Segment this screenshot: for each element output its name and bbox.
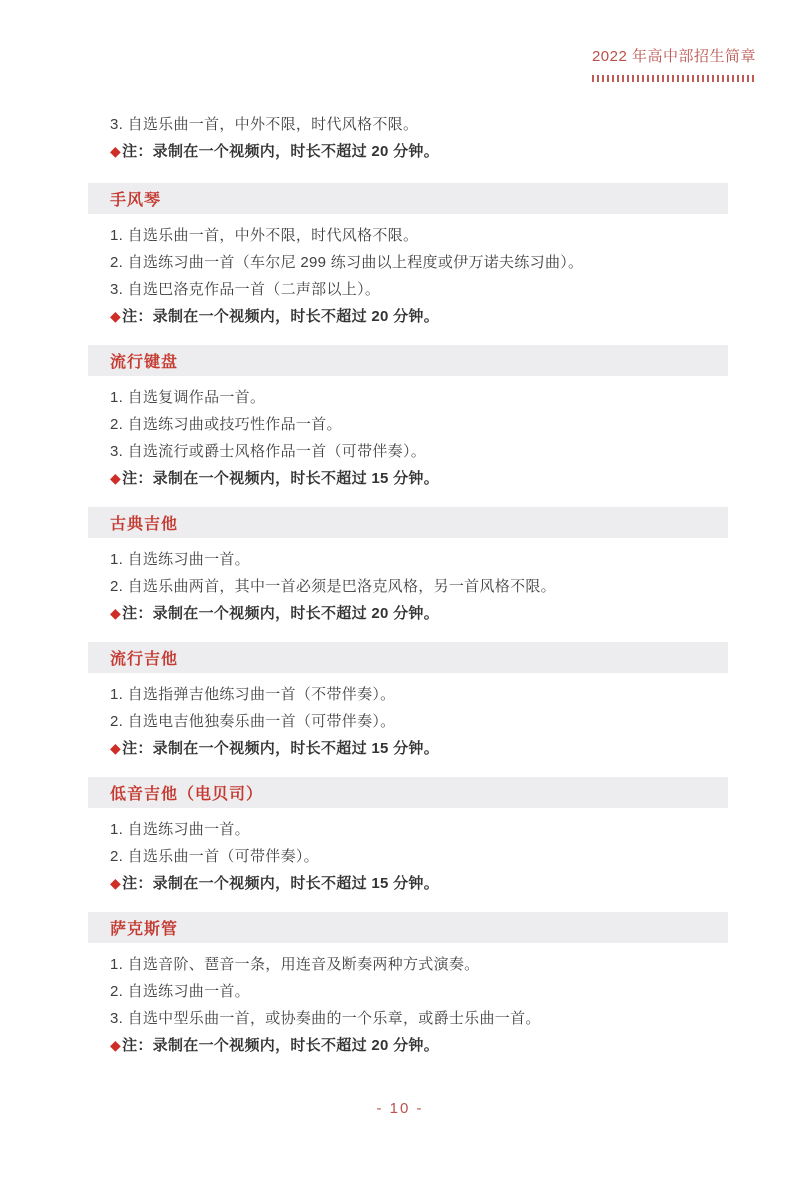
list-item: 3. 自选巴洛克作品一首（二声部以上）。 [88,276,728,303]
diamond-bullet-icon: ◆ [110,1037,121,1053]
document-header: 2022 年高中部招生简章 [592,45,756,82]
list-item: 1. 自选指弹吉他练习曲一首（不带伴奏）。 [88,681,728,708]
section-header-bar: 流行吉他 [88,642,728,673]
section-title: 古典吉他 [110,511,178,534]
note-text: 注：录制在一个视频内，时长不超过 20 分钟。 [122,605,439,622]
list-item: 3. 自选流行或爵士风格作品一首（可带伴奏）。 [88,438,728,465]
section-continuation: 3. 自选乐曲一首，中外不限，时代风格不限。 ◆注：录制在一个视频内，时长不超过… [88,111,728,165]
section-saxophone: 萨克斯管 1. 自选音阶、琶音一条，用连音及断奏两种方式演奏。 2. 自选练习曲… [88,912,728,1059]
note-line: ◆注：录制在一个视频内，时长不超过 15 分钟。 [88,735,728,762]
section-title: 萨克斯管 [110,916,178,939]
note-text: 注：录制在一个视频内，时长不超过 15 分钟。 [122,470,439,487]
list-item: 1. 自选乐曲一首，中外不限，时代风格不限。 [88,222,728,249]
section-header-bar: 萨克斯管 [88,912,728,943]
note-line: ◆注：录制在一个视频内，时长不超过 15 分钟。 [88,870,728,897]
section-classical-guitar: 古典吉他 1. 自选练习曲一首。 2. 自选乐曲两首，其中一首必须是巴洛克风格，… [88,507,728,627]
note-line: ◆注：录制在一个视频内，时长不超过 20 分钟。 [88,1032,728,1059]
section-title: 流行键盘 [110,349,178,372]
diamond-bullet-icon: ◆ [110,740,121,756]
note-text: 注：录制在一个视频内，时长不超过 15 分钟。 [122,875,439,892]
list-item: 3. 自选乐曲一首，中外不限，时代风格不限。 [88,111,728,138]
document-title: 2022 年高中部招生简章 [592,45,756,66]
list-item: 2. 自选练习曲或技巧性作品一首。 [88,411,728,438]
section-accordion: 手风琴 1. 自选乐曲一首，中外不限，时代风格不限。 2. 自选练习曲一首（车尔… [88,183,728,330]
section-pop-guitar: 流行吉他 1. 自选指弹吉他练习曲一首（不带伴奏）。 2. 自选电吉他独奏乐曲一… [88,642,728,762]
list-item: 3. 自选中型乐曲一首，或协奏曲的一个乐章，或爵士乐曲一首。 [88,1005,728,1032]
diamond-bullet-icon: ◆ [110,875,121,891]
section-header-bar: 低音吉他（电贝司） [88,777,728,808]
barcode-decoration-icon [592,75,756,82]
list-item: 1. 自选复调作品一首。 [88,384,728,411]
section-header-bar: 流行键盘 [88,345,728,376]
list-item: 2. 自选练习曲一首（车尔尼 299 练习曲以上程度或伊万诺夫练习曲）。 [88,249,728,276]
note-text: 注：录制在一个视频内，时长不超过 20 分钟。 [122,143,439,160]
section-bass-guitar: 低音吉他（电贝司） 1. 自选练习曲一首。 2. 自选乐曲一首（可带伴奏）。 ◆… [88,777,728,897]
list-item: 2. 自选乐曲一首（可带伴奏）。 [88,843,728,870]
note-text: 注：录制在一个视频内，时长不超过 20 分钟。 [122,1037,439,1054]
section-title: 流行吉他 [110,646,178,669]
note-text: 注：录制在一个视频内，时长不超过 20 分钟。 [122,308,439,325]
list-item: 2. 自选电吉他独奏乐曲一首（可带伴奏）。 [88,708,728,735]
list-item: 2. 自选乐曲两首，其中一首必须是巴洛克风格，另一首风格不限。 [88,573,728,600]
diamond-bullet-icon: ◆ [110,308,121,324]
note-line: ◆注：录制在一个视频内，时长不超过 15 分钟。 [88,465,728,492]
note-line: ◆注：录制在一个视频内，时长不超过 20 分钟。 [88,600,728,627]
note-line: ◆注：录制在一个视频内，时长不超过 20 分钟。 [88,303,728,330]
note-text: 注：录制在一个视频内，时长不超过 15 分钟。 [122,740,439,757]
list-item: 2. 自选练习曲一首。 [88,978,728,1005]
note-line: ◆注：录制在一个视频内，时长不超过 20 分钟。 [88,138,728,165]
diamond-bullet-icon: ◆ [110,470,121,486]
diamond-bullet-icon: ◆ [110,143,121,159]
list-item: 1. 自选练习曲一首。 [88,816,728,843]
section-pop-keyboard: 流行键盘 1. 自选复调作品一首。 2. 自选练习曲或技巧性作品一首。 3. 自… [88,345,728,492]
section-header-bar: 古典吉他 [88,507,728,538]
section-header-bar: 手风琴 [88,183,728,214]
page-content: 3. 自选乐曲一首，中外不限，时代风格不限。 ◆注：录制在一个视频内，时长不超过… [88,111,728,1059]
section-title: 低音吉他（电贝司） [110,781,263,804]
page-number: - 10 - [0,1100,800,1117]
diamond-bullet-icon: ◆ [110,605,121,621]
list-item: 1. 自选音阶、琶音一条，用连音及断奏两种方式演奏。 [88,951,728,978]
section-title: 手风琴 [110,187,161,210]
list-item: 1. 自选练习曲一首。 [88,546,728,573]
